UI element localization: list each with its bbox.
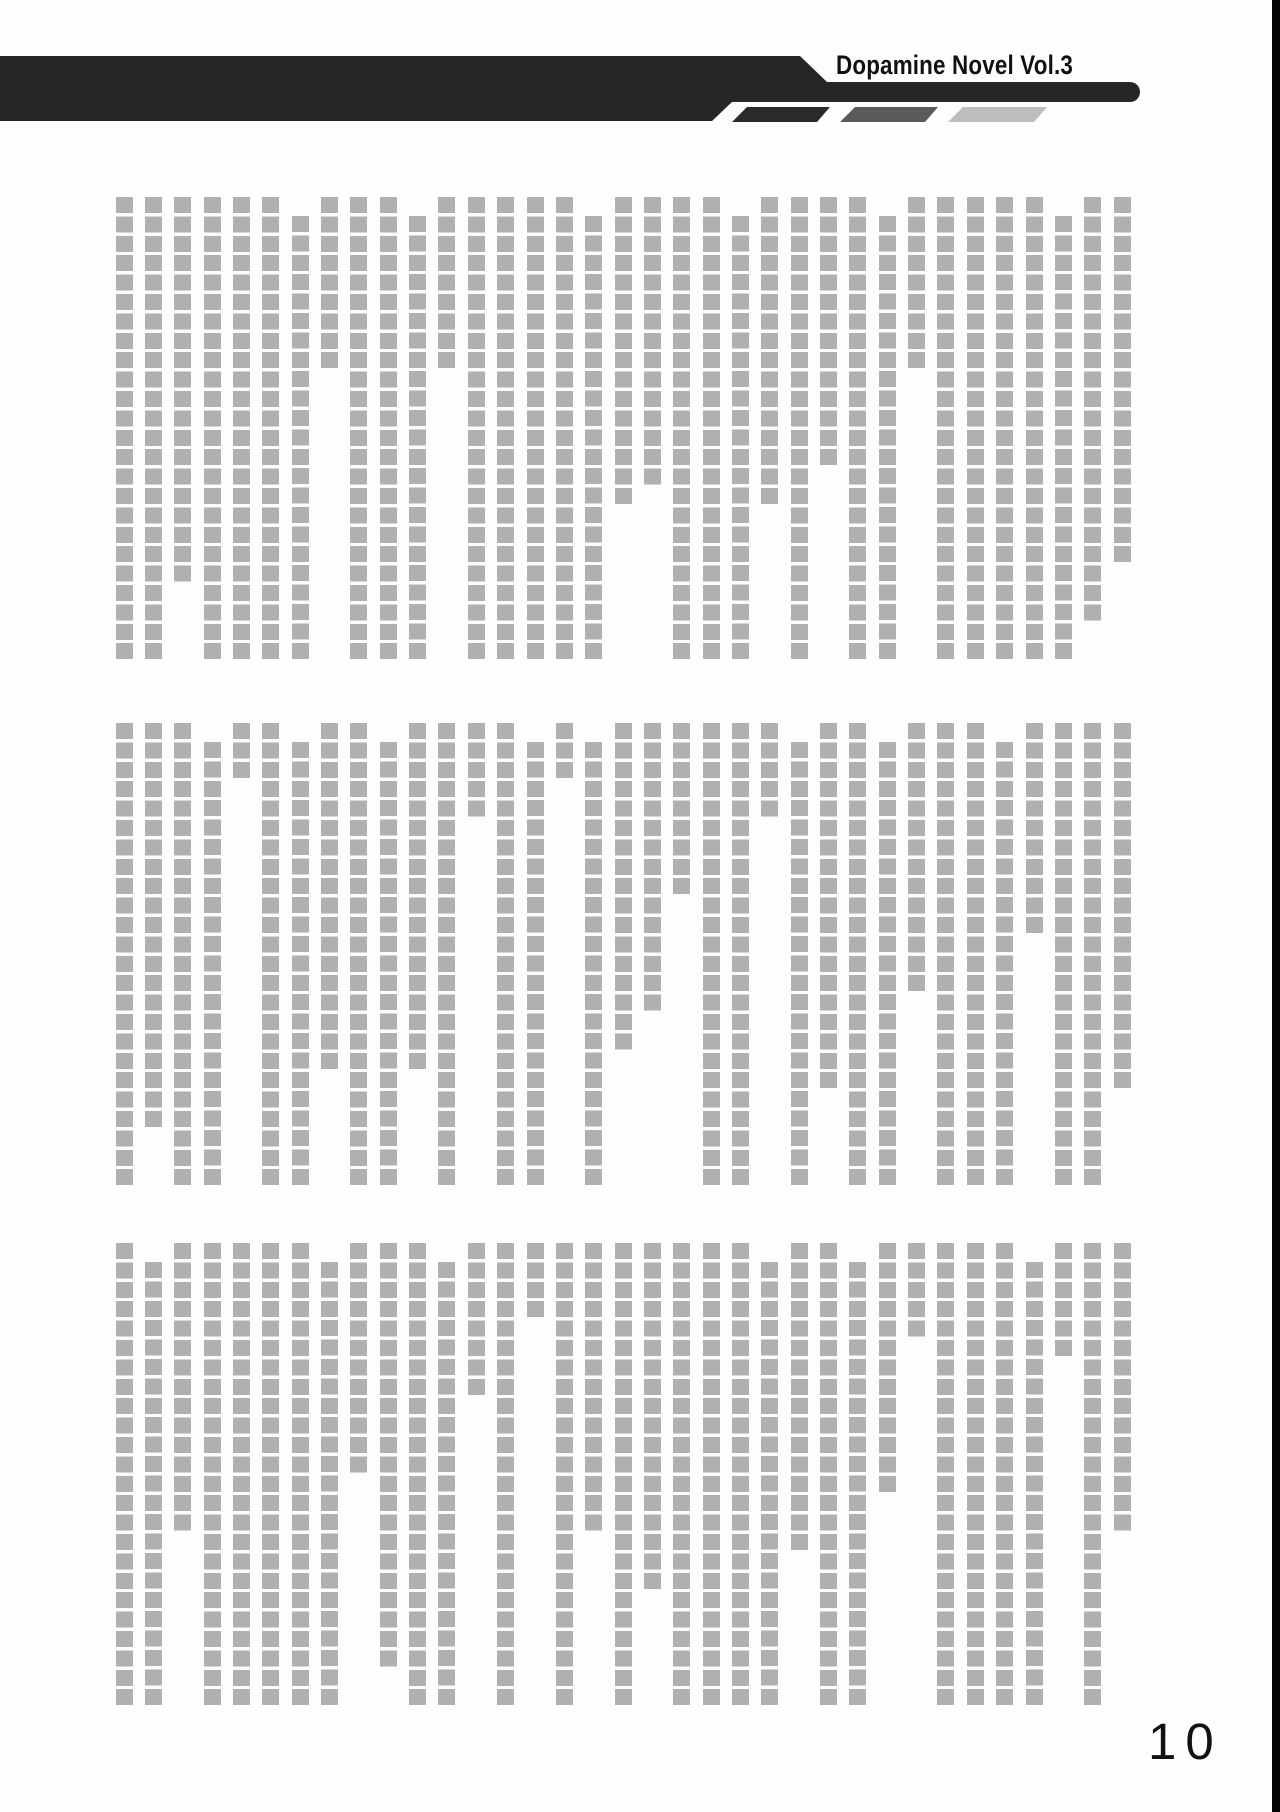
text-column xyxy=(1055,723,1072,1186)
text-column xyxy=(438,1262,455,1705)
text-column xyxy=(791,1243,808,1550)
text-column xyxy=(1114,723,1131,1089)
text-column xyxy=(145,197,162,660)
text-column xyxy=(497,723,514,1186)
text-column xyxy=(585,1243,602,1531)
text-column xyxy=(556,197,573,660)
text-column xyxy=(820,723,837,1089)
body-text xyxy=(0,0,1280,1812)
text-column xyxy=(262,197,279,660)
text-column xyxy=(908,723,925,992)
text-column xyxy=(468,197,485,660)
text-column xyxy=(644,1243,661,1589)
text-column xyxy=(1026,197,1043,660)
text-column xyxy=(849,197,866,660)
text-column xyxy=(996,1243,1013,1706)
text-column xyxy=(820,1243,837,1706)
text-column xyxy=(380,1243,397,1667)
text-column xyxy=(879,742,896,1185)
text-column xyxy=(321,1262,338,1705)
text-column xyxy=(908,1243,925,1337)
text-column xyxy=(556,1243,573,1706)
text-column xyxy=(996,197,1013,660)
text-column xyxy=(527,197,544,660)
text-column xyxy=(644,723,661,1011)
text-column xyxy=(262,1243,279,1706)
text-column xyxy=(468,1243,485,1395)
text-column xyxy=(204,1243,221,1706)
text-column xyxy=(1026,1262,1043,1705)
text-column xyxy=(497,197,514,660)
text-column xyxy=(145,723,162,1127)
text-column xyxy=(967,1243,984,1706)
text-column xyxy=(409,723,426,1069)
text-column xyxy=(1084,723,1101,1186)
text-column xyxy=(703,1243,720,1706)
text-column xyxy=(703,723,720,1186)
text-column xyxy=(967,197,984,660)
text-column xyxy=(673,1243,690,1706)
text-column xyxy=(556,723,573,778)
text-column xyxy=(350,1243,367,1473)
text-column xyxy=(732,216,749,659)
text-column xyxy=(174,1243,191,1531)
text-column xyxy=(615,723,632,1050)
text-column xyxy=(292,1243,309,1706)
text-column xyxy=(937,197,954,660)
text-column xyxy=(409,1243,426,1706)
text-column xyxy=(732,1243,749,1706)
text-column xyxy=(1084,1243,1101,1706)
text-column xyxy=(233,1243,250,1706)
text-column xyxy=(644,197,661,485)
text-column xyxy=(174,197,191,582)
text-column xyxy=(967,723,984,1186)
text-column xyxy=(761,1262,778,1705)
scan-edge xyxy=(1272,0,1280,1812)
text-column xyxy=(1026,723,1043,933)
text-column xyxy=(380,197,397,660)
text-column xyxy=(937,1243,954,1706)
text-column xyxy=(673,723,690,895)
text-column xyxy=(879,1243,896,1492)
text-column xyxy=(116,1243,133,1706)
text-column xyxy=(409,216,426,659)
text-column xyxy=(1055,1243,1072,1356)
text-column xyxy=(350,197,367,660)
text-column xyxy=(145,1262,162,1705)
text-column xyxy=(908,197,925,369)
text-column xyxy=(527,1243,544,1318)
text-column xyxy=(292,742,309,1185)
text-column xyxy=(262,723,279,1186)
text-column xyxy=(438,197,455,369)
text-column xyxy=(849,1262,866,1705)
text-column xyxy=(350,723,367,1186)
text-column xyxy=(673,197,690,660)
text-column xyxy=(703,197,720,660)
text-column xyxy=(116,723,133,1186)
text-column xyxy=(174,723,191,1186)
text-column xyxy=(204,197,221,660)
text-column xyxy=(879,216,896,659)
text-column xyxy=(527,742,544,1185)
text-column xyxy=(233,197,250,660)
text-column xyxy=(321,197,338,369)
text-column xyxy=(497,1243,514,1706)
text-column xyxy=(468,723,485,817)
text-column xyxy=(1055,216,1072,659)
text-column xyxy=(292,216,309,659)
text-column xyxy=(996,742,1013,1185)
text-column xyxy=(380,742,397,1185)
text-column xyxy=(438,723,455,1186)
text-column xyxy=(820,197,837,466)
text-column xyxy=(204,742,221,1185)
text-column xyxy=(585,216,602,659)
text-column xyxy=(1114,1243,1131,1531)
text-column xyxy=(585,742,602,1185)
text-column xyxy=(116,197,133,660)
text-column xyxy=(1084,197,1101,621)
text-column xyxy=(615,197,632,504)
text-column xyxy=(761,723,778,817)
text-column xyxy=(321,723,338,1069)
text-column xyxy=(849,723,866,1186)
text-column xyxy=(937,723,954,1186)
text-column xyxy=(791,742,808,1185)
text-column xyxy=(233,723,250,778)
text-column xyxy=(761,197,778,504)
text-column xyxy=(1114,197,1131,563)
text-column xyxy=(791,197,808,660)
text-column xyxy=(615,1243,632,1706)
page-number: 10 xyxy=(1148,1716,1223,1767)
text-column xyxy=(732,723,749,1186)
